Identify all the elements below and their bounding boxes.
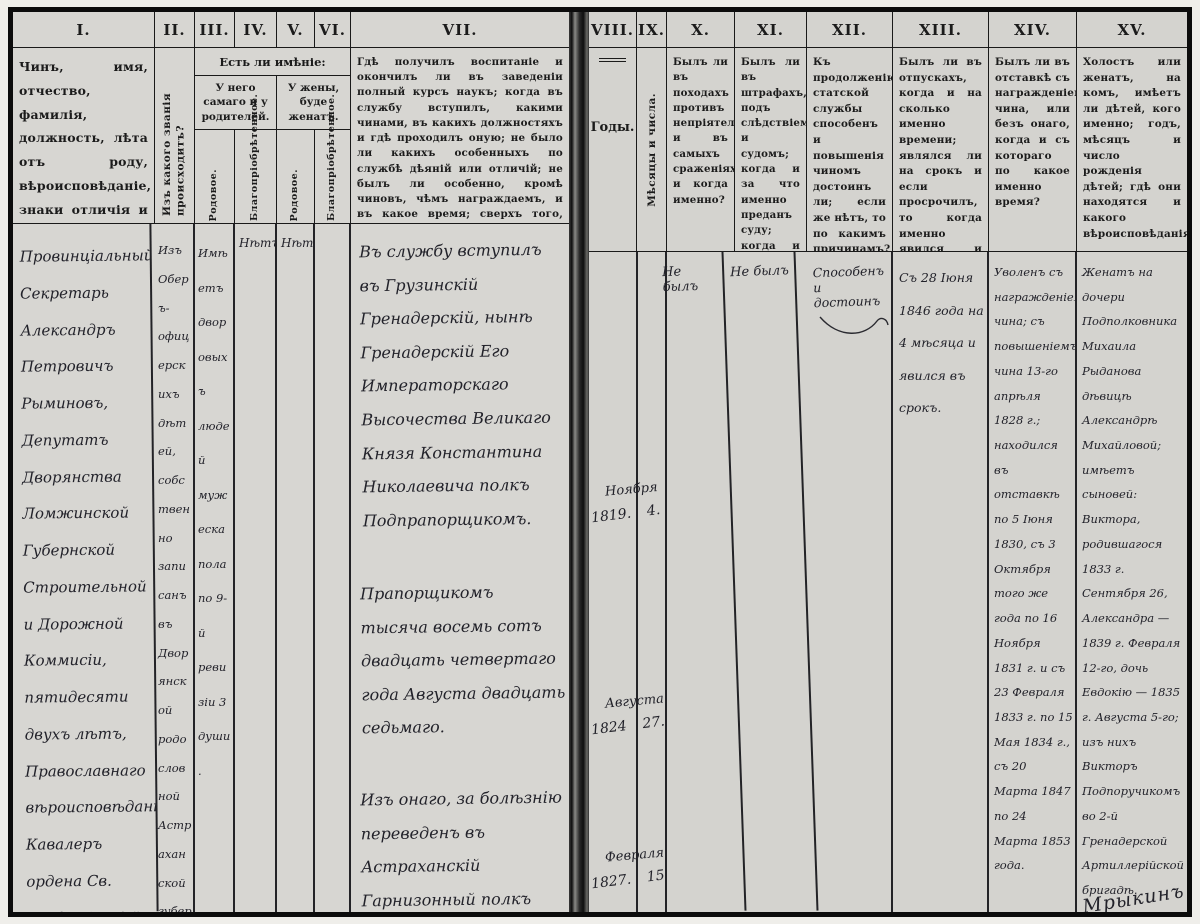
entry-estate-wife-blago <box>315 224 351 912</box>
header-years-label: Годы. <box>591 120 635 135</box>
estate-rodovoe-1: Родовое. <box>209 169 220 221</box>
estate-group-title: Есть ли имѣніе: <box>195 48 350 76</box>
entry-family-cell: Женатъ на дочери Подполковника Михаила Р… <box>1077 252 1187 912</box>
entry-retirement: Уволенъ съ награжденіемъ чина; съ повыше… <box>989 252 1077 912</box>
column-number-12: XII. <box>807 12 893 47</box>
column-number-3: III. <box>195 12 235 47</box>
header-months-days: Мѣсяцы и числа. <box>637 48 667 251</box>
right-page: VIII. IX. X. XI. XII. XIII. XIV. XV. Год… <box>589 12 1187 912</box>
date-day: 15 <box>646 867 666 885</box>
date-entry-3: Февраля 1827. 15 <box>589 848 665 888</box>
date-year: 1819. <box>590 506 632 527</box>
date-entry-2: Августа 1824 27. <box>589 694 665 734</box>
date-entry-1: Ноября 1819. 4. <box>589 482 665 522</box>
header-rank-name: Чинъ, имя, отчество, фамилія, должность,… <box>13 48 155 224</box>
entry-rank-name: Провинціальный Секретарь Александръ Петр… <box>13 224 159 912</box>
document-frame: I. II. III. IV. V. VI. VII. Чинъ, имя, о… <box>8 7 1192 917</box>
estate-kind-labels: Родовое. Благопріобрѣтенное. Родовое. Бл… <box>195 130 350 224</box>
header-service-history: Гдѣ получилъ воспитаніе и окончилъ ли въ… <box>351 48 569 224</box>
column-number-1: I. <box>13 12 155 47</box>
column-number-4: IV. <box>235 12 277 47</box>
date-day: 27. <box>642 713 666 732</box>
entry-estate-self-blago: Нѣтъ <box>235 224 277 912</box>
entry-estate-self-rodovoe: Имѣетъ дворовыхъ людей мужеска пола по 9… <box>195 224 235 912</box>
entry-fitness: Способенъ и достоинъ <box>807 252 892 310</box>
entry-origin: Изъ Оберъ-офицерскихъ дѣтей, собственно … <box>155 224 195 912</box>
column-number-11: XI. <box>735 12 807 47</box>
page-binding-seam <box>569 12 589 912</box>
entry-estate-wife-rodovoe: Нѣтъ <box>277 224 315 912</box>
right-numeral-row: VIII. IX. X. XI. XII. XIII. XIV. XV. <box>589 12 1187 48</box>
entry-service-history: Въ службу вступилъ въ Грузинскій Гренаде… <box>351 224 569 912</box>
header-origin-label: Изъ какого званія происходитъ? <box>161 56 188 216</box>
column-number-8: VIII. <box>589 12 637 47</box>
header-penalties: Былъ ли въ штрафахъ, подъ слѣдствіемъ и … <box>735 48 807 251</box>
left-page: I. II. III. IV. V. VI. VII. Чинъ, имя, о… <box>13 12 569 912</box>
date-month: Ноября <box>604 479 665 499</box>
double-rule <box>599 58 626 62</box>
service-paragraph-2: Прапорщикомъ тысяча восемь сотъ двадцать… <box>351 575 569 746</box>
date-year: 1827. <box>590 872 632 893</box>
header-fitness: Къ продолженію статской службы способенъ… <box>807 48 893 251</box>
service-paragraph-1: Въ службу вступилъ въ Грузинскій Гренаде… <box>351 232 569 537</box>
column-number-14: XIV. <box>989 12 1077 47</box>
column-number-5: V. <box>277 12 315 47</box>
flourish-mark <box>817 311 891 337</box>
right-body: Ноября 1819. 4. Августа 1824 27. <box>589 252 1187 912</box>
left-header-row: Чинъ, имя, отчество, фамилія, должность,… <box>13 48 569 224</box>
scanned-document-page: I. II. III. IV. V. VI. VII. Чинъ, имя, о… <box>0 0 1200 924</box>
header-years: Годы. <box>589 48 637 251</box>
estate-blago-1: Благопріобрѣтенное. <box>250 133 261 221</box>
estate-rodovoe-2: Родовое. <box>290 169 301 221</box>
entry-family: Женатъ на дочери Подполковника Михаила Р… <box>1077 252 1187 903</box>
service-paragraph-3: Изъ онаго, за болѣзнію переведенъ въ Аст… <box>351 781 569 912</box>
header-estate-group: Есть ли имѣніе: У него самаго и у родите… <box>195 48 351 224</box>
column-number-2: II. <box>155 12 195 47</box>
entry-fitness-cell: Способенъ и достоинъ <box>807 252 893 912</box>
header-origin: Изъ какого званія происходитъ? <box>155 48 195 224</box>
entry-dates: Ноября 1819. 4. Августа 1824 27. <box>589 252 667 912</box>
date-day: 4. <box>646 502 661 520</box>
header-family: Холостъ или женатъ, на комъ, имѣетъ ли д… <box>1077 48 1187 251</box>
column-number-9: IX. <box>637 12 667 47</box>
column-number-6: VI. <box>315 12 351 47</box>
header-leaves: Былъ ли въ отпускахъ, когда и на сколько… <box>893 48 989 251</box>
header-months-days-label: Мѣсяцы и числа. <box>646 93 658 207</box>
column-number-15: XV. <box>1077 12 1187 47</box>
column-number-10: X. <box>667 12 735 47</box>
header-retirement: Былъ ли въ отставкѣ съ награжденіемъ чин… <box>989 48 1077 251</box>
estate-wife-label: У жены, буде женатъ. <box>277 76 350 129</box>
entry-leaves: Съ 28 Іюня 1846 года на 4 мѣсяца и явилс… <box>893 252 989 912</box>
column-number-13: XIII. <box>893 12 989 47</box>
left-body: Провинціальный Секретарь Александръ Петр… <box>13 224 569 912</box>
estate-self-label: У него самаго и у родителей. <box>195 76 277 129</box>
estate-blago-2: Благопріобрѣтенное. <box>327 133 338 221</box>
date-year: 1824 <box>590 718 627 738</box>
column-number-7: VII. <box>351 12 569 47</box>
right-header-row: Годы. Мѣсяцы и числа. Былъ ли въ походах… <box>589 48 1187 252</box>
header-campaigns: Былъ ли въ походахъ противъ непріятеля и… <box>667 48 735 251</box>
left-numeral-row: I. II. III. IV. V. VI. VII. <box>13 12 569 48</box>
date-month: Февраля <box>604 845 665 865</box>
date-month: Августа <box>604 691 665 711</box>
